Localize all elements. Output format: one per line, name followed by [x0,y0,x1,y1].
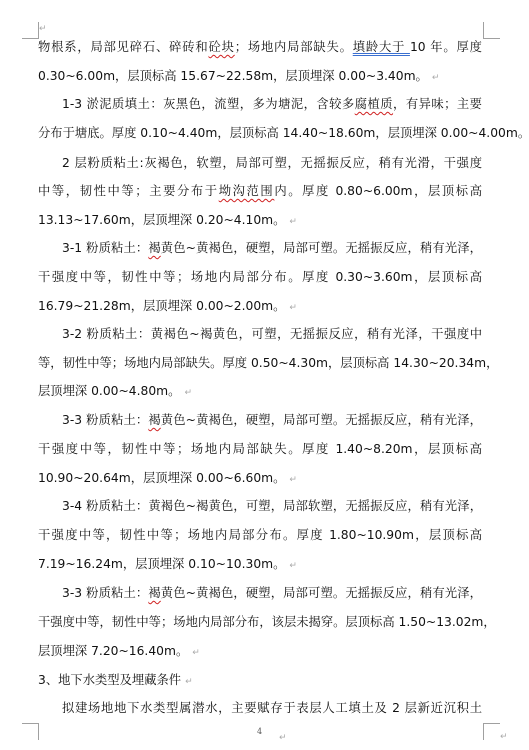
text-line: 分布于塘底。厚度 0.10~4.40m，层顶标高 14.40~18.60m，层顶… [38,123,482,143]
text-line: 层顶埋深 7.20~16.40m。↵ [38,641,482,661]
text-line: 物根系，局部见碎石、碎砖和砼块；场地内局部缺失。填龄大于 10 年。厚度 [38,37,482,57]
text-segment: 2 层粉质粘土:灰褐色，软塑，局部可塑，无摇振反应，稍有光滑，干强度 [62,156,482,170]
text-segment: 物根系，局部见碎石、碎砖和 [38,40,208,54]
text-segment: 中等，韧性中等；主要分布于 [38,184,219,198]
text-segment: ，有异味；主要 [393,97,482,111]
paragraph-mark-icon: ↵ [289,561,297,571]
paragraph-mark-icon: ↵ [289,475,297,485]
spelling-flag-text: 坳沟范围 [219,184,275,198]
text-segment: 干强度中等，韧性中等；场地内局部分布，该层未揭穿。层顶标高 1.50~13.02… [38,615,496,629]
text-line: 7.19~16.24m，层顶埋深 0.10~10.30m。↵ [38,554,482,574]
text-line: 3-3 粉质粘土：褐黄色~黄褐色，硬塑，局部可塑。无摇振反应，稍有光泽， [62,410,482,430]
crop-mark-top-left [22,22,39,39]
text-segment: 7.19~16.24m，层顶埋深 0.10~10.30m。 [38,557,285,571]
text-segment: 层顶埋深 0.00~4.80m。 [38,384,180,398]
paragraph-mark-icon: ↵ [184,388,192,398]
text-segment: 等，韧性中等；场地内局部缺失。厚度 0.50~4.30m，层顶标高 14.30~… [38,356,498,370]
crop-mark-top-right [483,22,500,39]
text-segment: 内。厚度 0.80~6.00m，层顶标高 [274,184,482,198]
paragraph-mark-icon: ↵ [192,648,200,658]
text-segment: 黄色~黄褐色，硬塑，局部可塑。无摇振反应，稍有光泽， [161,241,482,255]
paragraph-mark-icon: ↵ [432,73,440,83]
text-line: 13.13~17.60m，层顶埋深 0.20~4.10m。↵ [38,210,482,230]
text-line: 2 层粉质粘土:灰褐色，软塑，局部可塑，无摇振反应，稍有光滑，干强度 [62,153,482,173]
text-line: 等，韧性中等；场地内局部缺失。厚度 0.50~4.30m，层顶标高 14.30~… [38,353,482,373]
text-segment: 层顶埋深 7.20~16.40m。 [38,644,188,658]
spelling-flag-text: 腐植质 [355,97,393,111]
text-line: 干强度中等，韧性中等；场地内局部分布，该层未揭穿。层顶标高 1.50~13.02… [38,612,482,632]
text-line: 干强度中等，韧性中等；场地内局部分布。厚度 1.80~10.90m，层顶标高 [38,525,482,545]
text-line: 3-2 粉质粘土：黄褐色~褐黄色，可塑，无摇振反应，稍有光泽，干强度中 [62,324,482,344]
text-segment: 干强度中等，韧性中等；场地内局部分布。厚度 1.80~10.90m，层顶标高 [38,528,482,542]
text-segment: 3-1 粉质粘土： [62,241,148,255]
text-line: 1-3 淤泥质填土：灰黑色，流塑，多为塘泥，含较多腐植质，有异味；主要 [62,94,482,114]
text-segment: 3-2 粉质粘土：黄褐色~褐黄色，可塑，无摇振反应，稍有光泽，干强度中 [62,327,482,341]
text-line: 3-1 粉质粘土：褐黄色~黄褐色，硬塑，局部可塑。无摇振反应，稍有光泽， [62,238,482,258]
text-line: 干强度中等，韧性中等；场地内局部缺失。厚度 1.40~8.20m，层顶标高 [38,439,482,459]
crop-mark-bottom-left [22,723,39,740]
text-segment: 10.90~20.64m，层顶埋深 0.00~6.60m。 [38,471,285,485]
text-segment: 13.13~17.60m，层顶埋深 0.20~4.10m。 [38,213,285,227]
spelling-flag-text: 褐 [148,241,160,255]
text-segment: 3、地下水类型及埋藏条件 [38,673,181,687]
text-segment: 干强度中等，韧性中等；场地内局部缺失。厚度 1.40~8.20m，层顶标高 [38,442,482,456]
grammar-flag-text: 填龄大于 [353,40,410,54]
paragraph-mark-icon: ↵ [289,303,297,313]
text-segment: ；场地内局部缺失。 [235,40,353,54]
text-segment: 3-3 粉质粘土： [62,413,148,427]
text-segment: 1-3 淤泥质填土：灰黑色，流塑，多为塘泥，含较多 [62,97,355,111]
spelling-flag-text: 褐 [148,413,160,427]
document-page: ↵ ↵ 物根系，局部见碎石、碎砖和砼块；场地内局部缺失。填龄大于 10 年。厚度… [0,0,529,750]
paragraph-mark-icon: ↵ [289,217,297,227]
text-line: 拟建场地地下水类型属潜水，主要赋存于表层人工填土及 2 层新近沉积土 [62,698,482,718]
text-segment: 黄色~黄褐色，硬塑，局部可塑。无摇振反应，稍有光泽， [161,413,482,427]
text-line: 0.30~6.00m，层顶标高 15.67~22.58m，层顶埋深 0.00~3… [38,66,482,86]
text-segment: 10 年。厚度 [410,40,482,54]
text-line: 3-4 粉质粘土：黄褐色~褐黄色，可塑，局部软塑，无摇振反应，稍有光泽， [62,496,482,516]
text-line: 3-3 粉质粘土：褐黄色~黄褐色，硬塑，局部可塑。无摇振反应，稍有光泽， [62,583,482,603]
text-segment: 3-4 粉质粘土：黄褐色~褐黄色，可塑，局部软塑，无摇振反应，稍有光泽， [62,499,482,513]
paragraph-mark-icon: ↵ [39,24,47,34]
page-number: 4 [257,727,262,736]
paragraph-mark-icon: ↵ [185,677,193,687]
text-line: 3、地下水类型及埋藏条件↵ [38,670,482,690]
text-line: 层顶埋深 0.00~4.80m。↵ [38,381,482,401]
spelling-flag-text: 砼块 [208,40,234,54]
text-line: 16.79~21.28m，层顶埋深 0.00~2.00m。↵ [38,296,482,316]
text-segment: 16.79~21.28m，层顶埋深 0.00~2.00m。 [38,299,285,313]
text-line: 10.90~20.64m，层顶埋深 0.00~6.60m。↵ [38,468,482,488]
text-line: 中等，韧性中等；主要分布于坳沟范围内。厚度 0.80~6.00m，层顶标高 [38,181,482,201]
text-segment: 3-3 粉质粘土： [62,586,148,600]
paragraph-mark-icon: ↵ [500,732,508,742]
text-segment: 干强度中等，韧性中等；场地内局部分布。厚度 0.30~3.60m，层顶标高 [38,270,482,284]
text-segment: 拟建场地地下水类型属潜水，主要赋存于表层人工填土及 2 层新近沉积土 [62,701,482,715]
paragraph-mark-icon: ↵ [279,733,287,743]
text-line: 干强度中等，韧性中等；场地内局部分布。厚度 0.30~3.60m，层顶标高 [38,267,482,287]
spelling-flag-text: 褐 [148,586,160,600]
crop-mark-bottom-right [483,723,500,740]
text-segment: 0.30~6.00m，层顶标高 15.67~22.58m，层顶埋深 0.00~3… [38,69,428,83]
text-segment: 分布于塘底。厚度 0.10~4.40m，层顶标高 14.40~18.60m，层顶… [38,126,529,140]
text-segment: 黄色~黄褐色，硬塑，局部可塑。无摇振反应，稍有光泽， [161,586,482,600]
